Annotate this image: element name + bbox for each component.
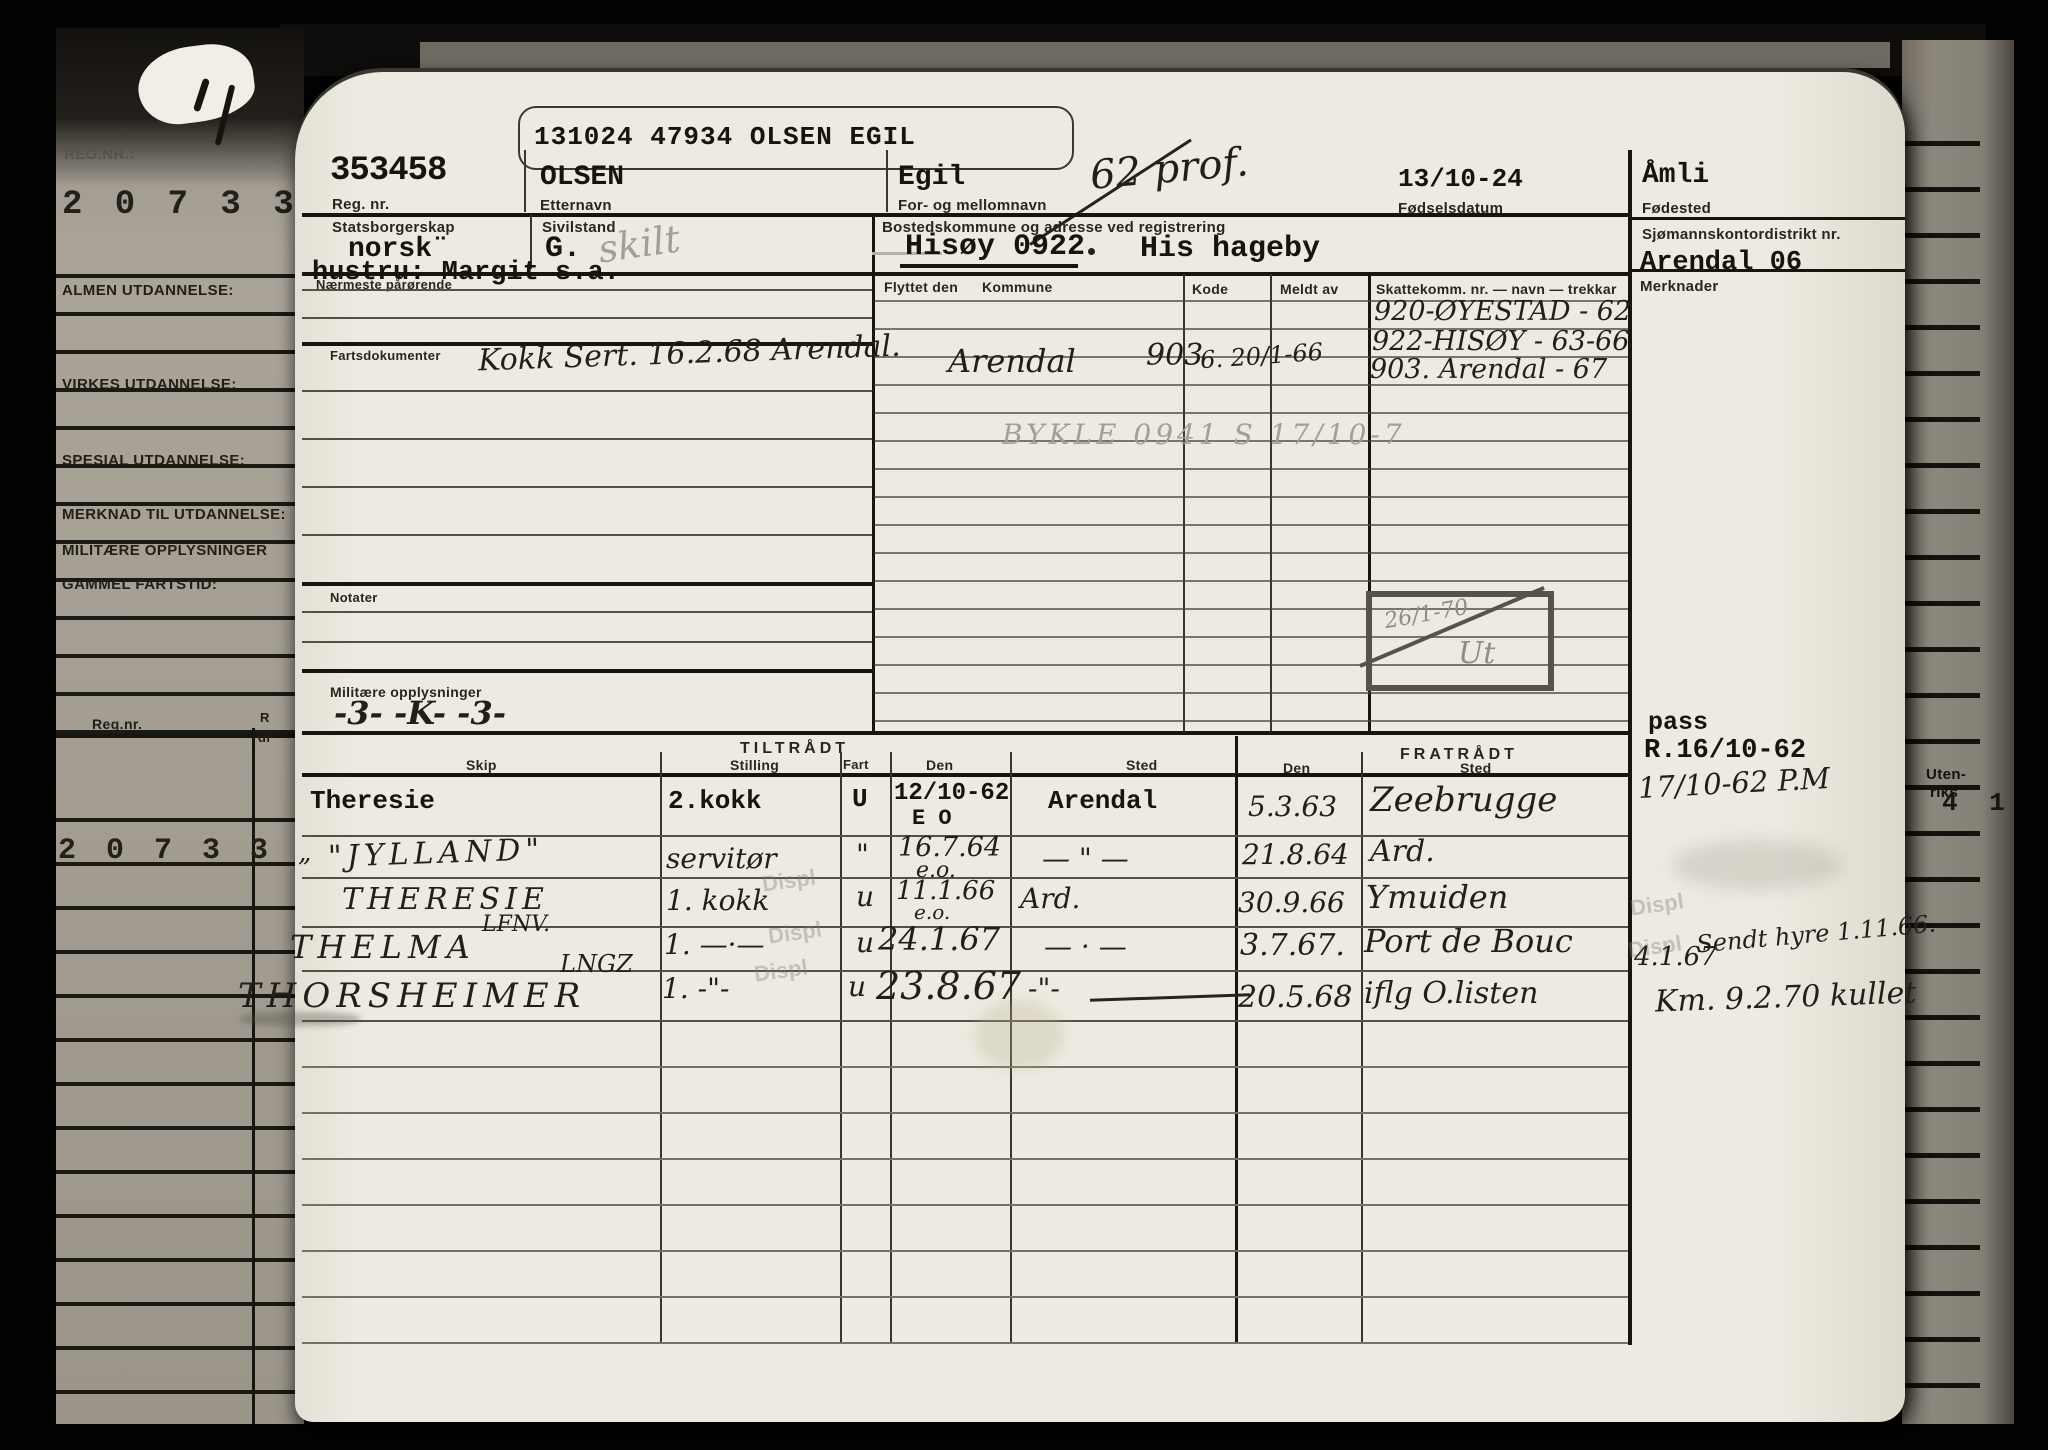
ship-row-fratradt-den: 21.8.64	[1242, 838, 1349, 871]
fodested-value: Åmli	[1642, 160, 1709, 191]
stilling-header: Stilling	[730, 757, 779, 773]
ruled-line	[302, 1066, 1628, 1068]
ship-row-fratradt-den: 30.9.66	[1238, 886, 1345, 919]
ship-row-sted: Arendal	[1048, 786, 1157, 816]
margin-note-date: 4.1.67	[1634, 942, 1717, 972]
ship-row-sted: — · —	[1044, 930, 1127, 963]
ruled-line	[302, 1250, 1628, 1252]
ship-row-fart: u	[848, 970, 866, 1003]
column-divider	[660, 752, 662, 1342]
ruled-line	[302, 390, 872, 392]
reg-nr-value: 353458	[330, 152, 446, 190]
cancel-stamp-text: Ut	[1458, 636, 1495, 671]
fornavn-label: For- og mellomnavn	[898, 197, 1047, 214]
ink-flourish-line	[1090, 993, 1250, 1002]
scanned-register-card-photo: REG.NR.: 2 0 7 3 3 4 ALMEN UTDANNELSE: V…	[0, 0, 2048, 1450]
fart-header: Fart	[843, 757, 869, 772]
parorende-value: hustru: Margit s.a.	[312, 258, 620, 288]
ruled-line	[302, 289, 872, 291]
ruled-line	[302, 1020, 1628, 1022]
ship-row-skip: THORSHEIMER	[238, 976, 586, 1016]
ship-row-fratradt-sted: Zeebrugge	[1370, 780, 1557, 820]
ship-row-stilling: 1. kokk	[666, 884, 769, 917]
pass-note-1: pass	[1648, 708, 1708, 737]
column-divider	[890, 752, 892, 1342]
ruled-line	[302, 1112, 1628, 1114]
ship-row-margin-ditto: „	[298, 838, 311, 868]
ship-row-den-2: E O	[912, 806, 952, 831]
ship-row-stilling: servitør	[666, 842, 777, 875]
distrikt-value: Arendal 06	[1640, 248, 1802, 278]
ship-row-sted: Ard.	[1020, 882, 1080, 915]
ship-row-fratradt-sted: Ymuiden	[1366, 878, 1508, 916]
bosted-value: Hisøy 0922	[905, 230, 1085, 264]
paper-stain	[974, 1000, 1064, 1070]
column-divider	[886, 150, 888, 212]
ship-row-fart: u	[856, 926, 874, 959]
distrikt-label: Sjømannskontordistrikt nr.	[1642, 226, 1841, 243]
column-divider	[840, 752, 842, 1342]
ruled-line	[302, 1296, 1628, 1298]
bosted-underline	[900, 264, 1078, 268]
ship-row-sted: -"-	[1028, 972, 1060, 1005]
fodselsdato-value: 13/10-24	[1398, 164, 1523, 194]
heavy-rule	[302, 669, 874, 673]
ship-row-fart: U	[852, 784, 868, 814]
ship-row-stilling: 1. -"-	[662, 972, 729, 1005]
reg-nr-label: Reg. nr.	[332, 196, 389, 213]
ruled-line	[302, 611, 872, 613]
ship-row-stilling: 1. —·—	[664, 928, 765, 961]
ruled-line	[302, 1158, 1628, 1160]
ship-row-fratradt-sted: Port de Bouc	[1364, 922, 1573, 960]
den-header: Den	[926, 757, 953, 773]
ship-row-stilling: 2.kokk	[668, 786, 762, 816]
displ-stamp: Displ	[1628, 888, 1685, 921]
ink-dot	[1088, 248, 1095, 255]
ship-row-skip-callsign: LNGZ	[560, 950, 633, 978]
heavy-rule	[302, 582, 874, 586]
heavy-rule	[1630, 269, 1905, 272]
ship-row-fratradt-sted: iflg O.listen	[1364, 976, 1538, 1011]
header-stamp-text: 131024 47934 OLSEN EGIL	[534, 122, 916, 152]
ship-row-fratradt-den: 20.5.68	[1238, 980, 1353, 1015]
skatt-entry: 903. Arendal - 67	[1370, 354, 1607, 385]
heavy-rule	[302, 731, 1628, 735]
fodested-label: Fødested	[1642, 200, 1711, 217]
etternavn-label: Etternavn	[540, 197, 612, 214]
margin-note-km: Km. 9.2.70 kullet	[1654, 975, 1916, 1019]
pass-note-2: R.16/10-62	[1644, 736, 1806, 766]
ship-row-fart: u	[856, 880, 874, 913]
skatt-entry: 920-ØYESTAD - 62	[1374, 296, 1631, 327]
ship-row-fratradt-sted: Ard.	[1370, 834, 1435, 869]
flytt-kommune-value: Arendal	[948, 342, 1076, 380]
militare-value: -3- -K- -3-	[334, 694, 506, 732]
displ-stamp: Displ	[766, 916, 823, 949]
ship-row-skip: Theresie	[310, 786, 435, 816]
ruled-line	[302, 1342, 1628, 1344]
bosted-value-2: His hageby	[1140, 232, 1320, 266]
ship-row-sted: — " —	[1042, 842, 1129, 875]
fratradt-group-header: FRATRÅDT	[1400, 746, 1518, 764]
pencil-smudge	[1672, 840, 1842, 890]
ship-row-skip-callsign: LFNV.	[482, 912, 550, 937]
column-divider	[524, 150, 526, 212]
merknader-label: Merknader	[1640, 278, 1719, 295]
ship-row-fratradt-den: 3.7.67.	[1240, 928, 1345, 963]
ship-row-den: 12/10-62	[894, 780, 1009, 807]
notater-label: Notater	[330, 590, 378, 605]
fornavn-value: Egil	[898, 162, 965, 193]
skip-header: Skip	[466, 757, 497, 773]
fartsdokumenter-value: Kokk Sert. 16.2.68 Arendal.	[478, 329, 902, 379]
ruled-line	[302, 438, 872, 440]
margin-note-sendt-hyre: Sendt hyre 1.11.66.	[1695, 910, 1937, 959]
ruled-line	[302, 1204, 1628, 1206]
fartsdokumenter-label: Fartsdokumenter	[330, 348, 441, 363]
heavy-rule	[1630, 217, 1905, 220]
ship-row-skip: THELMA	[290, 928, 476, 966]
ink-smudge	[240, 1012, 360, 1026]
ship-row-fratradt-den: 5.3.63	[1248, 790, 1337, 823]
pencil-bykle-note: BYKLE 0941 S 17/10-7	[1002, 418, 1406, 451]
heavy-rule	[302, 773, 1628, 777]
tiltradt-group-header: TILTRÅDT	[740, 740, 849, 758]
ruled-line	[302, 486, 872, 488]
ruled-line	[302, 534, 872, 536]
ship-row-skip: "JYLLAND"	[327, 832, 544, 875]
sted-header: Sted	[1126, 757, 1158, 773]
skatt-entry: 922-HISØY - 63-66	[1372, 326, 1629, 357]
pass-note-3: 17/10-62 P.M	[1637, 761, 1831, 805]
ruled-line	[302, 641, 872, 643]
ship-row-den: 23.8.67	[876, 964, 1021, 1008]
ship-row-den: 24.1.67	[878, 920, 1000, 958]
etternavn-value: OLSEN	[540, 162, 624, 193]
column-divider	[1361, 752, 1363, 1342]
card-content: 131024 47934 OLSEN EGIL 353458 Reg. nr. …	[0, 0, 2048, 1450]
flytt-kode-value: 903	[1146, 338, 1203, 373]
ruled-line	[302, 317, 872, 319]
ship-row-fart: "	[856, 838, 869, 871]
heavy-rule	[302, 213, 1628, 217]
